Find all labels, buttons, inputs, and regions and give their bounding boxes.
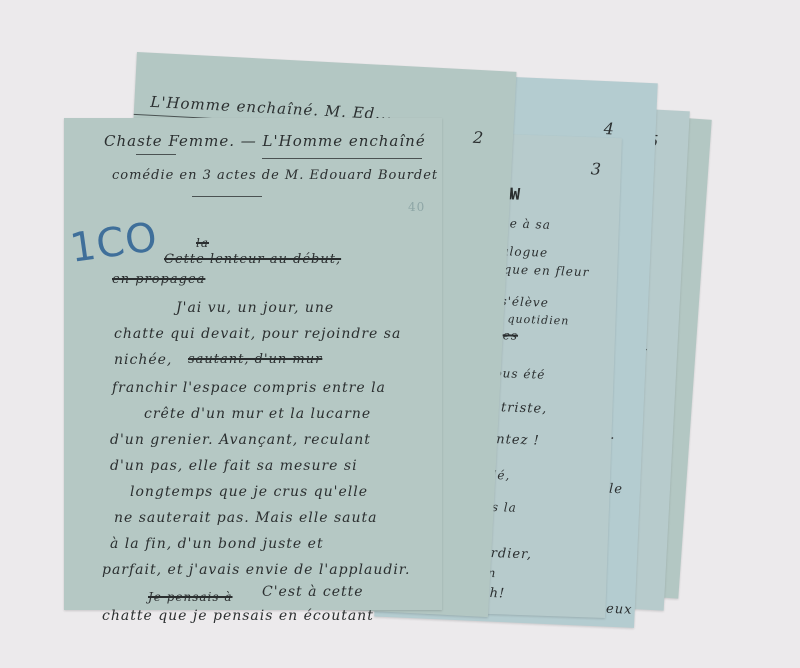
manuscript-line: d'un grenier. Avançant, reculant bbox=[110, 432, 371, 448]
manuscript-line: ne sauterait pas. Mais elle sauta bbox=[114, 510, 378, 526]
faint-pencil-number: 40 bbox=[408, 200, 425, 214]
struck-text: Je pensais à bbox=[148, 590, 233, 604]
underline bbox=[262, 158, 422, 159]
pencil-annotation: 1CO bbox=[67, 214, 160, 272]
manuscript-line: à la fin, d'un bond juste et bbox=[110, 536, 324, 552]
page-subheader: comédie en 3 actes de M. Edouard Bourdet bbox=[112, 168, 438, 183]
manuscript-line: crête d'un mur et la lucarne bbox=[144, 406, 371, 422]
manuscript-page-1: Chaste Femme. — L'Homme enchaîné comédie… bbox=[64, 118, 442, 610]
manuscript-line: nichée, bbox=[114, 352, 172, 368]
manuscript-line: d'un pas, elle fait sa mesure si bbox=[110, 458, 358, 474]
struck-text: Cette lenteur au début, bbox=[164, 252, 341, 267]
manuscript-line: J'ai vu, un jour, une bbox=[176, 300, 334, 316]
page-header: Chaste Femme. — L'Homme enchaîné bbox=[104, 132, 426, 150]
struck-text: en propagea bbox=[112, 272, 205, 287]
struck-text: sautant, d'un mur bbox=[188, 352, 322, 367]
manuscript-line: franchir l'espace compris entre la bbox=[112, 380, 386, 396]
manuscript-line: C'est à cette bbox=[262, 584, 364, 600]
page-number: 2 bbox=[473, 128, 484, 148]
manuscript-line: parfait, et j'avais envie de l'applaudir… bbox=[102, 562, 410, 578]
text-fragment: quotidien bbox=[507, 312, 569, 327]
page-number: 4 bbox=[603, 119, 614, 138]
page-number: 3 bbox=[590, 159, 601, 178]
divider bbox=[192, 196, 262, 197]
manuscript-line: longtemps que je crus qu'elle bbox=[130, 484, 368, 500]
struck-text: la bbox=[196, 236, 209, 250]
underline bbox=[136, 154, 176, 155]
manuscript-line: chatte que je pensais en écoutant bbox=[102, 608, 374, 624]
manuscript-line: chatte qui devait, pour rejoindre sa bbox=[114, 326, 401, 342]
